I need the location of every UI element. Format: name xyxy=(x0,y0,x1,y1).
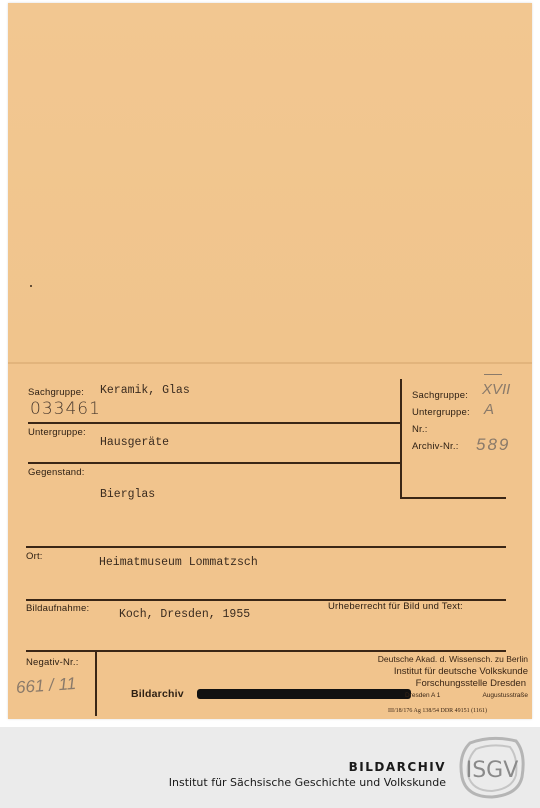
right-untergruppe-label: Untergruppe: xyxy=(412,407,470,418)
ort-value: Heimatmuseum Lommatzsch xyxy=(99,556,258,569)
gegenstand-value: Bierglas xyxy=(100,488,155,501)
negativ-label: Negativ-Nr.: xyxy=(26,657,79,668)
negativ-value: 661 / 11 xyxy=(15,674,76,698)
right-sachgruppe-value: XVII xyxy=(482,381,510,398)
inventory-number: 033461 xyxy=(30,399,101,419)
institution-line2: Institut für deutsche Volkskunde xyxy=(394,666,528,677)
archiv-nr-value: 589 xyxy=(476,435,510,455)
bildaufnahme-value: Koch, Dresden, 1955 xyxy=(119,608,250,621)
divider xyxy=(28,422,400,424)
divider xyxy=(26,546,506,548)
archive-footer: BILDARCHIV Institut für Sächsische Gesch… xyxy=(0,727,540,808)
divider xyxy=(26,650,506,652)
pencil-mark xyxy=(484,374,502,375)
negativ-box-border xyxy=(95,650,97,716)
ort-label: Ort: xyxy=(26,551,43,562)
svg-text:ISGV: ISGV xyxy=(466,758,519,783)
divider xyxy=(28,462,400,464)
institution-street: Augustusstraße xyxy=(482,692,528,699)
archiv-nr-label: Archiv-Nr.: xyxy=(412,441,459,452)
right-sachgruppe-label: Sachgruppe: xyxy=(412,390,468,401)
nr-label: Nr.: xyxy=(412,424,428,435)
gegenstand-label: Gegenstand: xyxy=(28,467,85,478)
archive-index-card: Sachgruppe: Keramik, Glas 033461 Untergr… xyxy=(8,3,532,719)
speck xyxy=(30,285,32,287)
sachgruppe-label: Sachgruppe: xyxy=(28,387,84,398)
card-top-flap xyxy=(8,3,532,363)
footer-subtitle: Institut für Sächsische Geschichte und V… xyxy=(169,776,446,789)
right-untergruppe-value: A xyxy=(484,401,494,418)
bildarchiv-label: Bildarchiv xyxy=(131,688,184,700)
right-box-bottom xyxy=(400,497,506,499)
untergruppe-label: Untergruppe: xyxy=(28,427,86,438)
institution-line3: Forschungsstelle Dresden xyxy=(416,678,526,689)
right-box-border xyxy=(400,379,402,498)
urheberrecht-label: Urheberrecht für Bild und Text: xyxy=(328,601,463,612)
untergruppe-value: Hausgeräte xyxy=(100,436,169,449)
print-code: III/18/176 Ag 138/54 DDR 49151 (1161) xyxy=(388,708,487,714)
redaction-bar xyxy=(197,689,411,699)
isgv-logo-icon: ISGV xyxy=(456,733,528,801)
sachgruppe-value: Keramik, Glas xyxy=(100,384,190,397)
bildaufnahme-label: Bildaufnahme: xyxy=(26,603,89,614)
footer-title: BILDARCHIV xyxy=(349,760,446,774)
institution-city: Dresden A 1 xyxy=(405,692,440,699)
institution-line1: Deutsche Akad. d. Wissensch. zu Berlin xyxy=(378,654,528,664)
